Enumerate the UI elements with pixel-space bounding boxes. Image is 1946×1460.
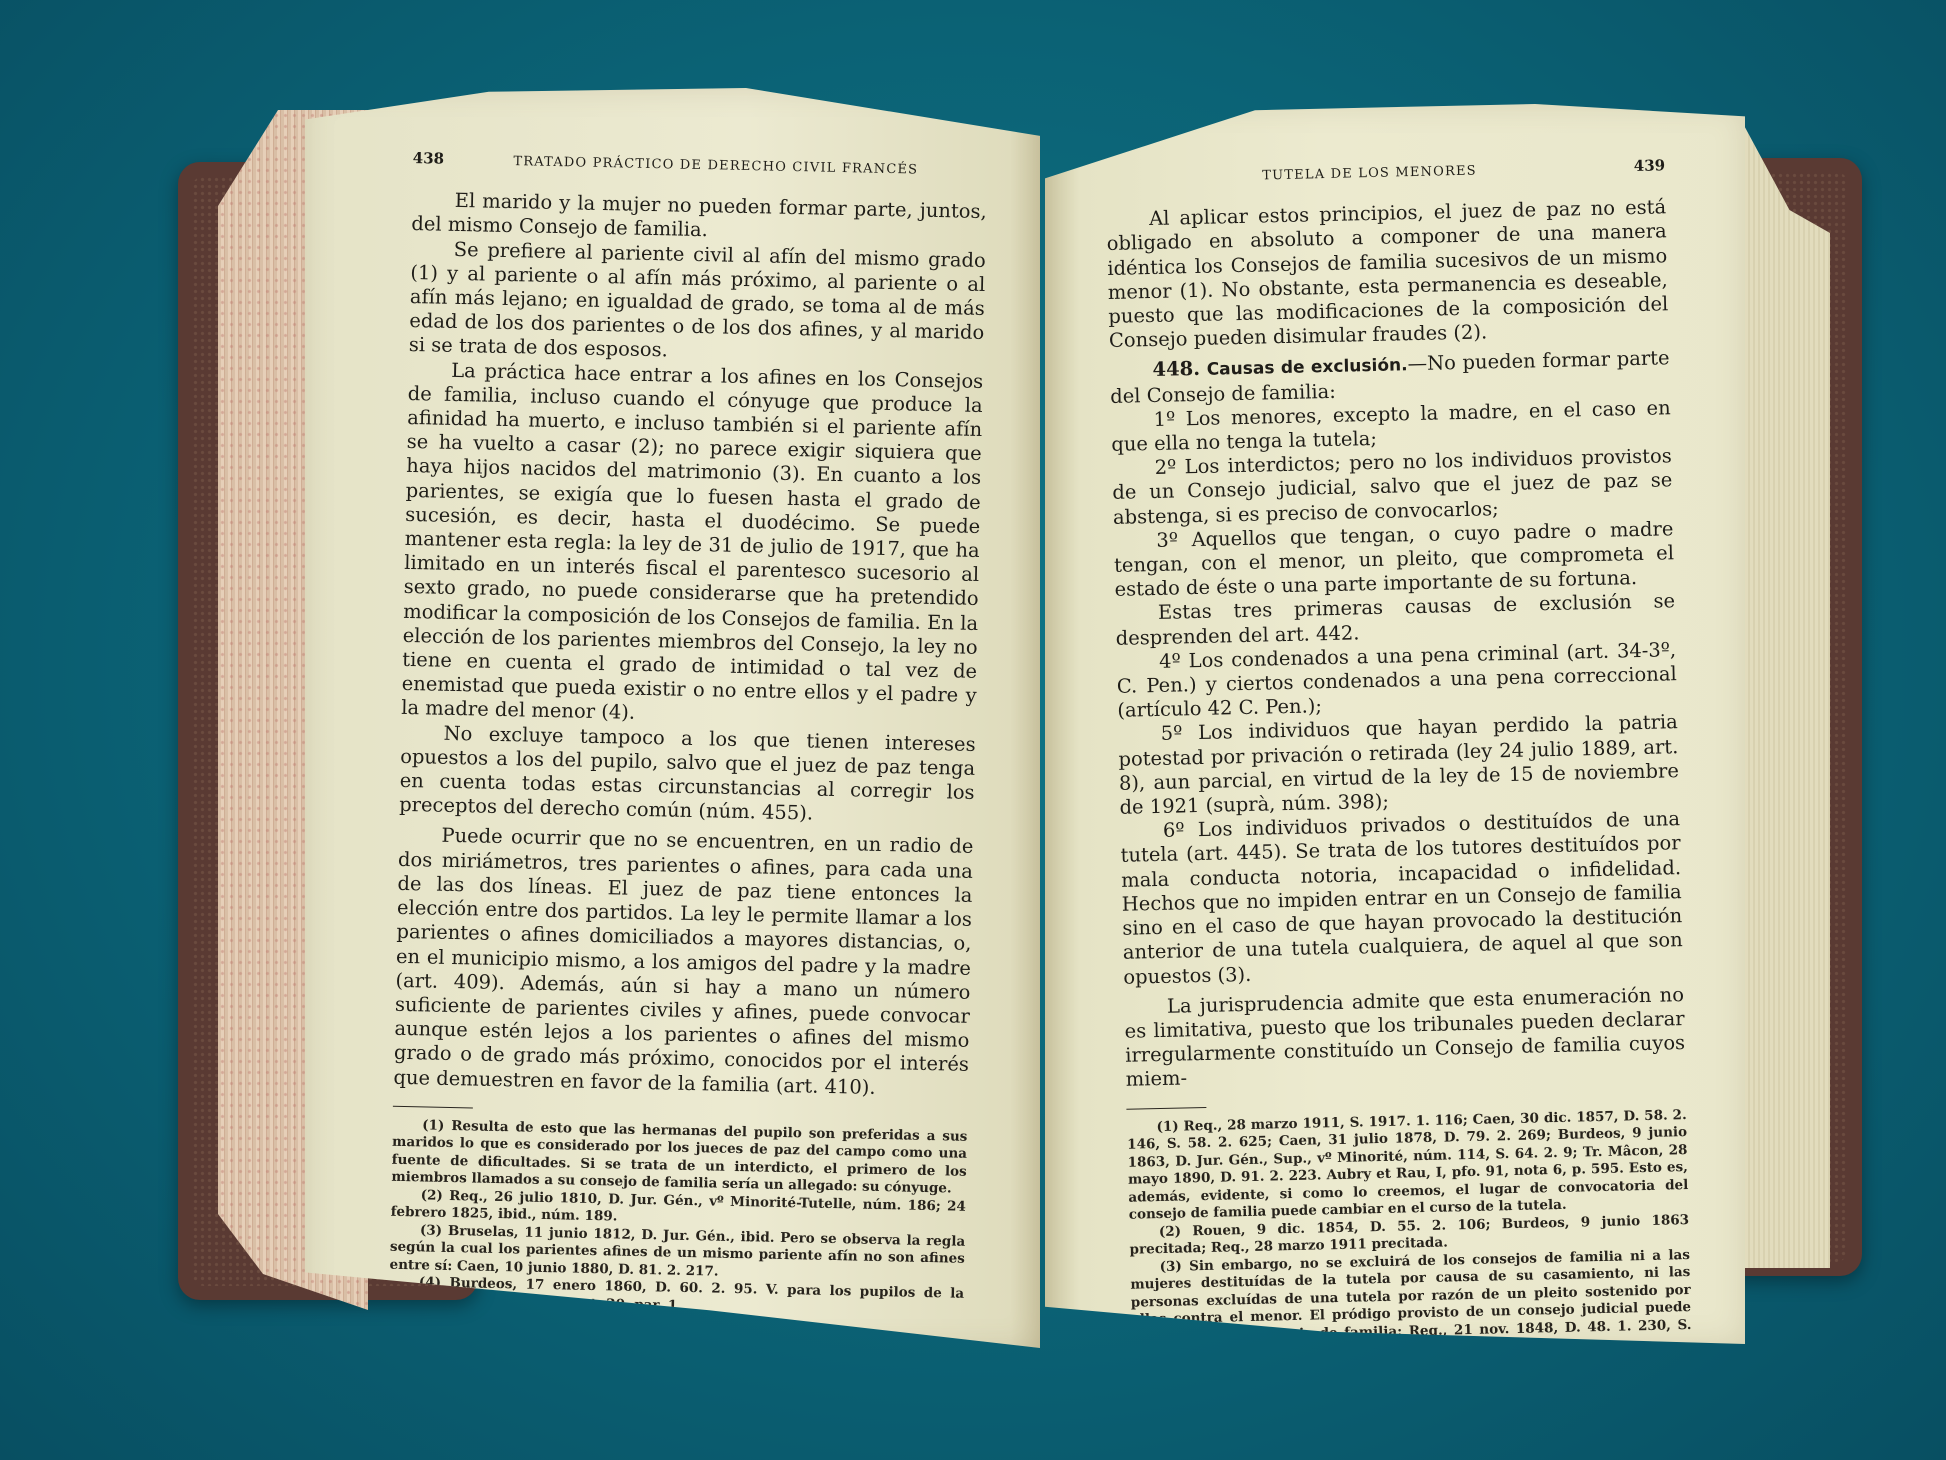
footnote: (1) Req., 28 marzo 1911, S. 1917. 1. 116… (1127, 1107, 1689, 1225)
right-page: TUTELA DE LOS MENORES 439 Al aplicar est… (1045, 104, 1745, 1344)
left-page-content: 438 TRATADO PRÁCTICO DE DERECHO CIVIL FR… (389, 146, 988, 1321)
paragraph: La jurisprudencia admite que esta enumer… (1124, 983, 1686, 1092)
paragraph: No excluye tampoco a los que tienen inte… (399, 721, 976, 830)
footnote-rule (393, 1106, 473, 1109)
running-head: TUTELA DE LOS MENORES 439 (1105, 153, 1665, 192)
list-item: 2º Los interdictos; pero no los individu… (1112, 444, 1674, 529)
paragraph: Puede ocurrir que no se encuentren, en u… (393, 823, 973, 1101)
paragraph: Al aplicar estos principios, el juez de … (1106, 195, 1669, 353)
running-head: 438 TRATADO PRÁCTICO DE DERECHO CIVIL FR… (412, 146, 987, 184)
footnote: (3) Sin embargo, no se excluirá de los c… (1130, 1247, 1692, 1365)
footnote-rule (1126, 1106, 1206, 1109)
list-item: 3º Aquellos que tengan, o cuyo padre o m… (1113, 517, 1675, 602)
footnotes: (1) Resulta de esto que las hermanas del… (389, 1117, 968, 1321)
list-item: 4º Los condenados a una pena criminal (a… (1116, 638, 1678, 723)
left-page: 438 TRATADO PRÁCTICO DE DERECHO CIVIL FR… (305, 88, 1040, 1348)
section-title: Causas de exclusión. (1206, 356, 1407, 381)
page-block-edge-right (1740, 118, 1830, 1268)
footnotes: (1) Req., 28 marzo 1911, S. 1917. 1. 116… (1127, 1107, 1692, 1365)
running-title: TRATADO PRÁCTICO DE DERECHO CIVIL FRANCÉ… (444, 149, 988, 185)
section-number: 448. (1152, 357, 1200, 381)
list-item: 5º Los individuos que hayan perdido la p… (1118, 711, 1680, 820)
paragraph: La práctica hace entrar a los afines en … (401, 358, 983, 733)
running-title: TUTELA DE LOS MENORES (1105, 156, 1634, 192)
list-item: 6º Los individuos privados o destituídos… (1120, 807, 1684, 989)
right-page-content: TUTELA DE LOS MENORES 439 Al aplicar est… (1105, 153, 1692, 1364)
footnote: (1) Resulta de esto que las hermanas del… (391, 1117, 967, 1199)
page-number: 438 (412, 146, 444, 171)
paragraph: Se prefiere al pariente civil al afín de… (409, 237, 986, 370)
page-number: 439 (1634, 153, 1666, 178)
